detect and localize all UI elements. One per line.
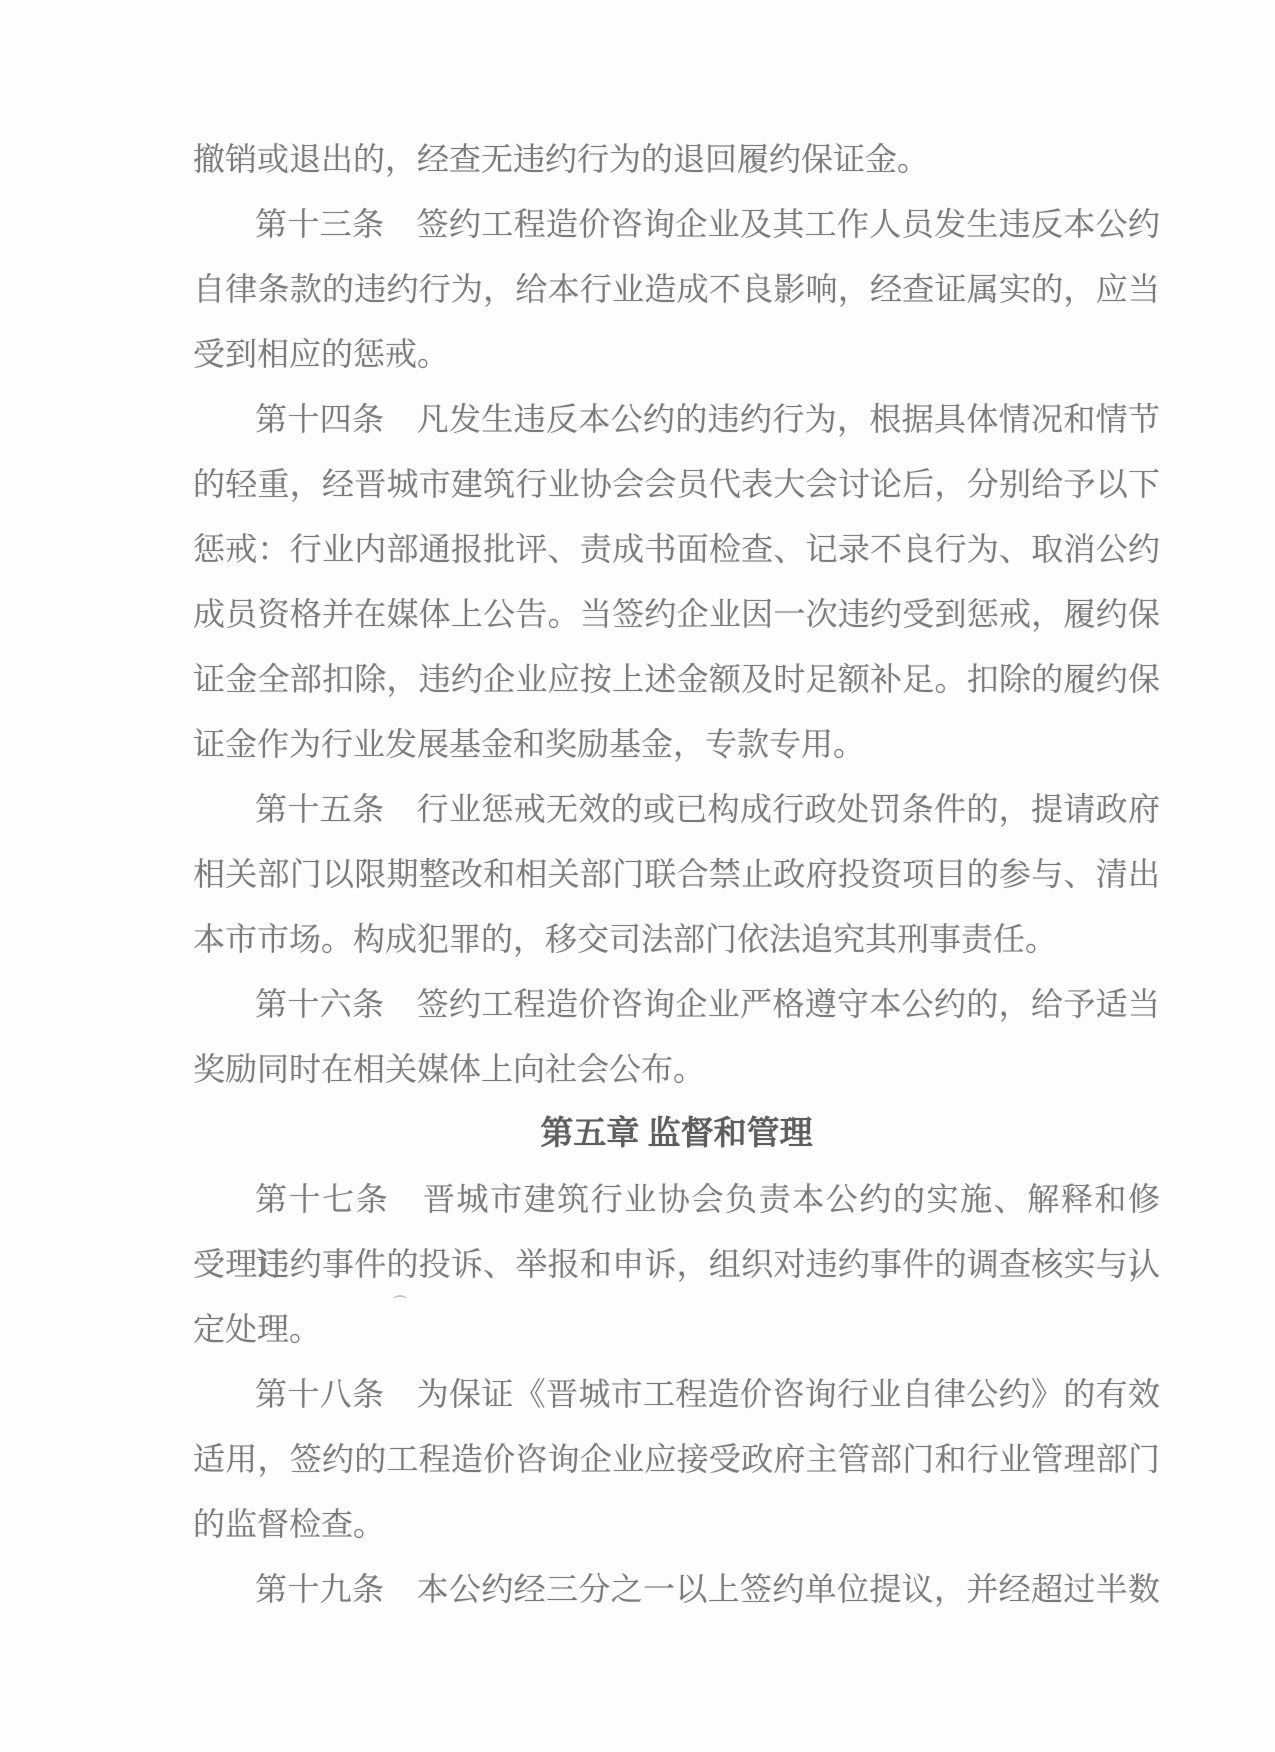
text-line: 成员资格并在媒体上公告。当签约企业因一次违约受到惩戒，履约保	[193, 582, 1160, 647]
text-line: 受到相应的惩戒。	[193, 322, 1160, 387]
text-line: 惩戒：行业内部通报批评、责成书面检查、记录不良行为、取消公约	[193, 517, 1160, 582]
text-block: 撤销或退出的，经查无违约行为的退回履约保证金。第十三条 签约工程造价咨询企业及其…	[193, 127, 1160, 1622]
text-line: 奖励同时在相关媒体上向社会公布。	[193, 1037, 1160, 1102]
text-line: 撤销或退出的，经查无违约行为的退回履约保证金。	[193, 127, 1160, 192]
text-line: 定处理。	[193, 1297, 1160, 1362]
text-line: 第十五条 行业惩戒无效的或已构成行政处罚条件的，提请政府	[193, 777, 1160, 842]
text-line: 相关部门以限期整改和相关部门联合禁止政府投资项目的参与、清出	[193, 842, 1160, 907]
text-line: 自律条款的违约行为，给本行业造成不良影响，经查证属实的，应当	[193, 257, 1160, 322]
scan-artifact	[393, 1295, 407, 1304]
text-line: 第十三条 签约工程造价咨询企业及其工作人员发生违反本公约	[193, 192, 1160, 257]
text-line: 证金作为行业发展基金和奖励基金，专款专用。	[193, 712, 1160, 777]
text-line: 第十九条 本公约经三分之一以上签约单位提议，并经超过半数	[193, 1557, 1160, 1622]
text-line: 证金全部扣除，违约企业应按上述金额及时足额补足。扣除的履约保	[193, 647, 1160, 712]
text-line: 适用，签约的工程造价咨询企业应接受政府主管部门和行业管理部门	[193, 1427, 1160, 1492]
text-line: 本市市场。构成犯罪的，移交司法部门依法追究其刑事责任。	[193, 907, 1160, 972]
text-line: 第十八条 为保证《晋城市工程造价咨询行业自律公约》的有效	[193, 1362, 1160, 1427]
text-line: 第十六条 签约工程造价咨询企业严格遵守本公约的，给予适当	[193, 972, 1160, 1037]
chapter-heading: 第五章 监督和管理	[193, 1102, 1160, 1167]
text-line: 第十四条 凡发生违反本公约的违约行为，根据具体情况和情节	[193, 387, 1160, 452]
text-line: 的轻重，经晋城市建筑行业协会会员代表大会讨论后，分别给予以下	[193, 452, 1160, 517]
text-line: 的监督检查。	[193, 1492, 1160, 1557]
text-line: 受理违约事件的投诉、举报和申诉，组织对违约事件的调查核实与认	[193, 1232, 1160, 1297]
text-line: 第十七条 晋城市建筑行业协会负责本公约的实施、解释和修订，	[193, 1167, 1160, 1232]
document-page: 撤销或退出的，经查无违约行为的退回履约保证金。第十三条 签约工程造价咨询企业及其…	[0, 0, 1275, 1752]
